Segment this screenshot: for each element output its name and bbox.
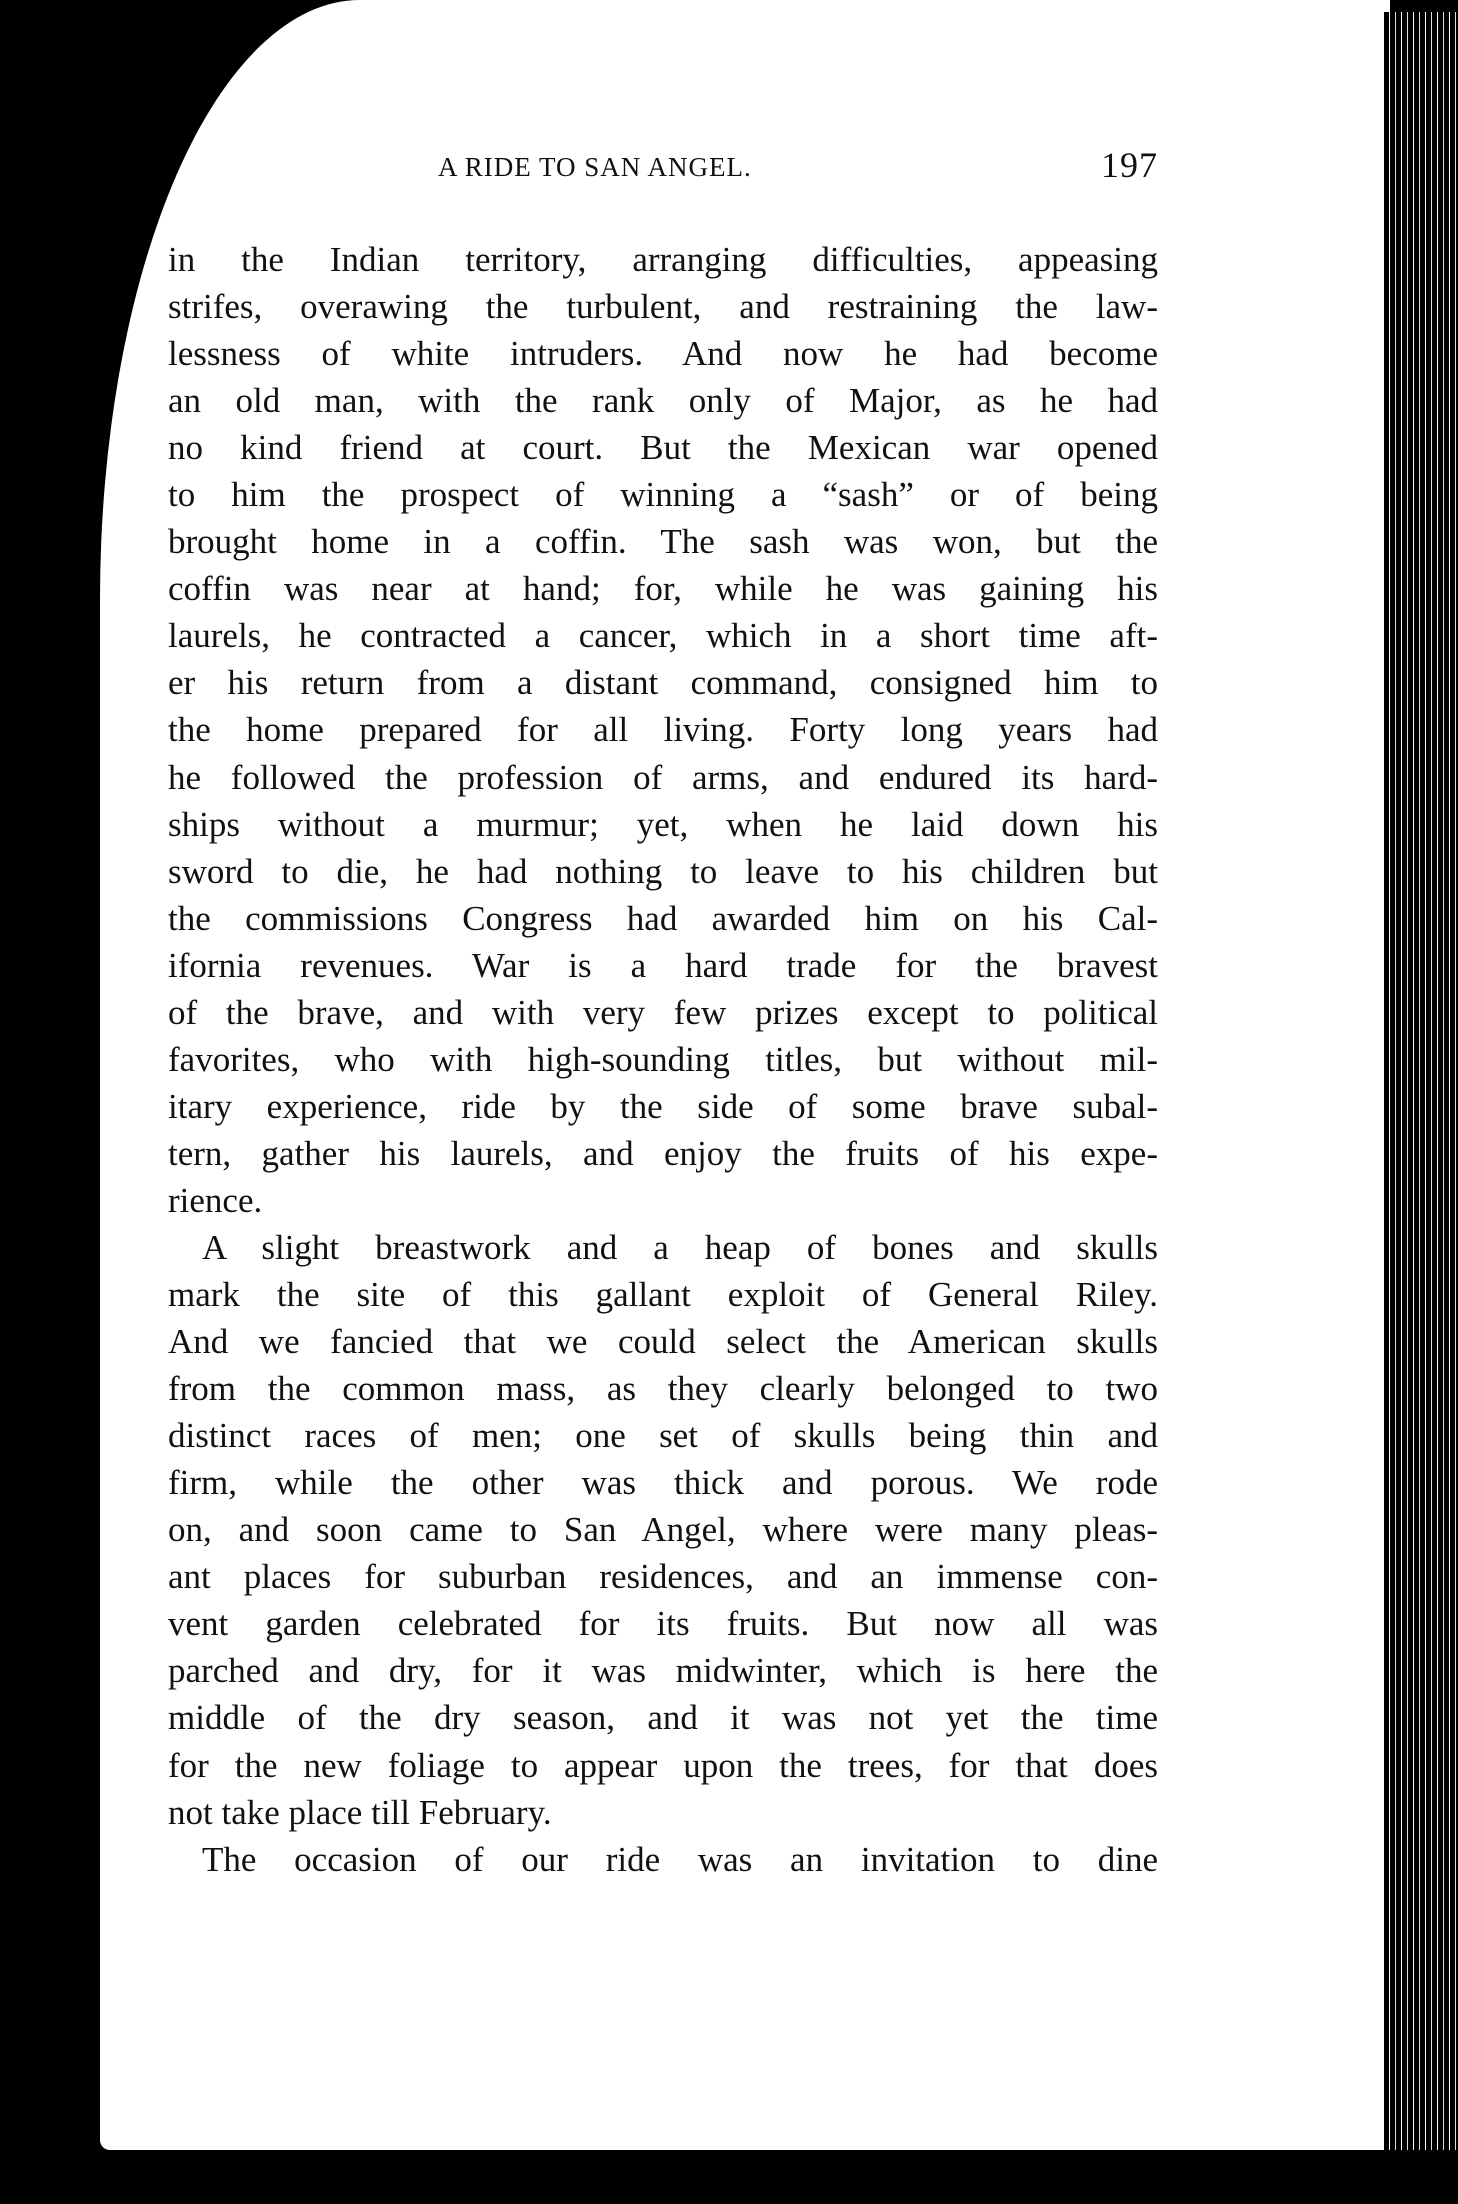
text-line: lessness of white intruders. And now he … [168,330,1158,377]
paragraph-end-line: rience. [168,1177,1158,1224]
text-line: on, and soon came to San Angel, where we… [168,1506,1158,1553]
text-line: strifes, overawing the turbulent, and re… [168,283,1158,330]
scan-bottom-edge [0,2150,1458,2204]
text-line: the commissions Congress had awarded him… [168,895,1158,942]
text-line: firm, while the other was thick and poro… [168,1459,1158,1506]
text-line: laurels, he contracted a cancer, which i… [168,612,1158,659]
text-line: tern, gather his laurels, and enjoy the … [168,1130,1158,1177]
scan-right-edge [1384,12,1458,2204]
text-line: he followed the profession of arms, and … [168,754,1158,801]
text-line: for the new foliage to appear upon the t… [168,1742,1158,1789]
paragraph-end-line: not take place till February. [168,1789,1158,1836]
text-line: favorites, who with high-sounding titles… [168,1036,1158,1083]
text-line: middle of the dry season, and it was not… [168,1694,1158,1741]
text-line: to him the prospect of winning a “sash” … [168,471,1158,518]
text-line: distinct races of men; one set of skulls… [168,1412,1158,1459]
text-line: an old man, with the rank only of Major,… [168,377,1158,424]
page-body-text: in the Indian territory, arranging diffi… [168,236,1158,1883]
running-header: A RIDE TO SAN ANGEL. 197 [168,148,1158,188]
paragraph-start-line: A slight breastwork and a heap of bones … [168,1224,1158,1271]
text-line: brought home in a coffin. The sash was w… [168,518,1158,565]
text-line: er his return from a distant command, co… [168,659,1158,706]
text-line: sword to die, he had nothing to leave to… [168,848,1158,895]
text-line: the home prepared for all living. Forty … [168,706,1158,753]
page-number: 197 [1101,144,1158,186]
text-line: of the brave, and with very few prizes e… [168,989,1158,1036]
scan-left-shadow [0,0,110,2204]
text-line: in the Indian territory, arranging diffi… [168,236,1158,283]
text-line: And we fancied that we could select the … [168,1318,1158,1365]
text-line: vent garden celebrated for its fruits. B… [168,1600,1158,1647]
text-line: no kind friend at court. But the Mexican… [168,424,1158,471]
text-line: from the common mass, as they clearly be… [168,1365,1158,1412]
text-line: ant places for suburban residences, and … [168,1553,1158,1600]
running-title: A RIDE TO SAN ANGEL. [438,152,752,183]
text-line: ifornia revenues. War is a hard trade fo… [168,942,1158,989]
text-line: itary experience, ride by the side of so… [168,1083,1158,1130]
text-line: coffin was near at hand; for, while he w… [168,565,1158,612]
text-line: ships without a murmur; yet, when he lai… [168,801,1158,848]
text-line: parched and dry, for it was midwinter, w… [168,1647,1158,1694]
text-line: mark the site of this gallant exploit of… [168,1271,1158,1318]
paragraph-start-line: The occasion of our ride was an invitati… [168,1836,1158,1883]
